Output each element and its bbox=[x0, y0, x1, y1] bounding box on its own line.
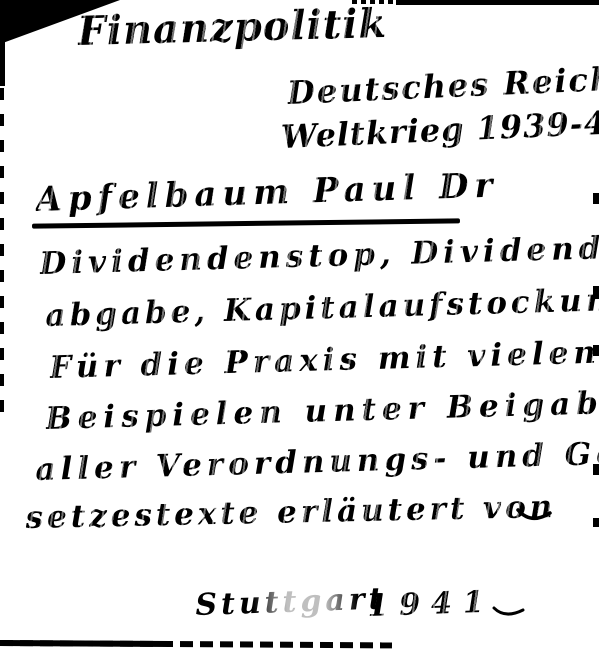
period-line: Weltkrieg 1939-45 bbox=[280, 103, 599, 156]
title-line: setzestexte erläutert von bbox=[25, 489, 556, 536]
scan-artifact-left-edge bbox=[0, 40, 5, 86]
imprint-year: 1941 bbox=[367, 585, 496, 624]
scan-artifact-bottom-edge bbox=[0, 640, 392, 648]
title-line: Für die Praxis mit vielen bbox=[49, 335, 599, 386]
scan-speck bbox=[593, 518, 599, 527]
subject-heading: Finanzpolitik bbox=[77, 0, 388, 55]
scan-artifact-top-edge bbox=[396, 0, 599, 5]
title-line: Dividendenstop, Dividenden bbox=[39, 229, 599, 282]
flourish-swash-icon bbox=[492, 604, 526, 624]
region-line: Deutsches Reich bbox=[286, 60, 599, 112]
imprint-place: Stuttgart bbox=[195, 581, 387, 623]
catalog-card-scan: Finanzpolitik Deutsches Reich Weltkrieg … bbox=[0, 0, 599, 649]
scan-speck bbox=[593, 193, 599, 204]
title-line: aller Verordnungs- und Ge- bbox=[35, 435, 599, 488]
ditto-swash-icon bbox=[515, 506, 553, 530]
title-line: Beispielen unter Beigabe bbox=[45, 385, 599, 437]
scan-artifact-left-edge-dashes bbox=[0, 88, 4, 418]
title-line: abgabe, Kapitalaufstockung. bbox=[45, 281, 599, 334]
author-underline bbox=[32, 218, 460, 228]
author-heading: Apfelbaum Paul Dr bbox=[35, 165, 499, 220]
